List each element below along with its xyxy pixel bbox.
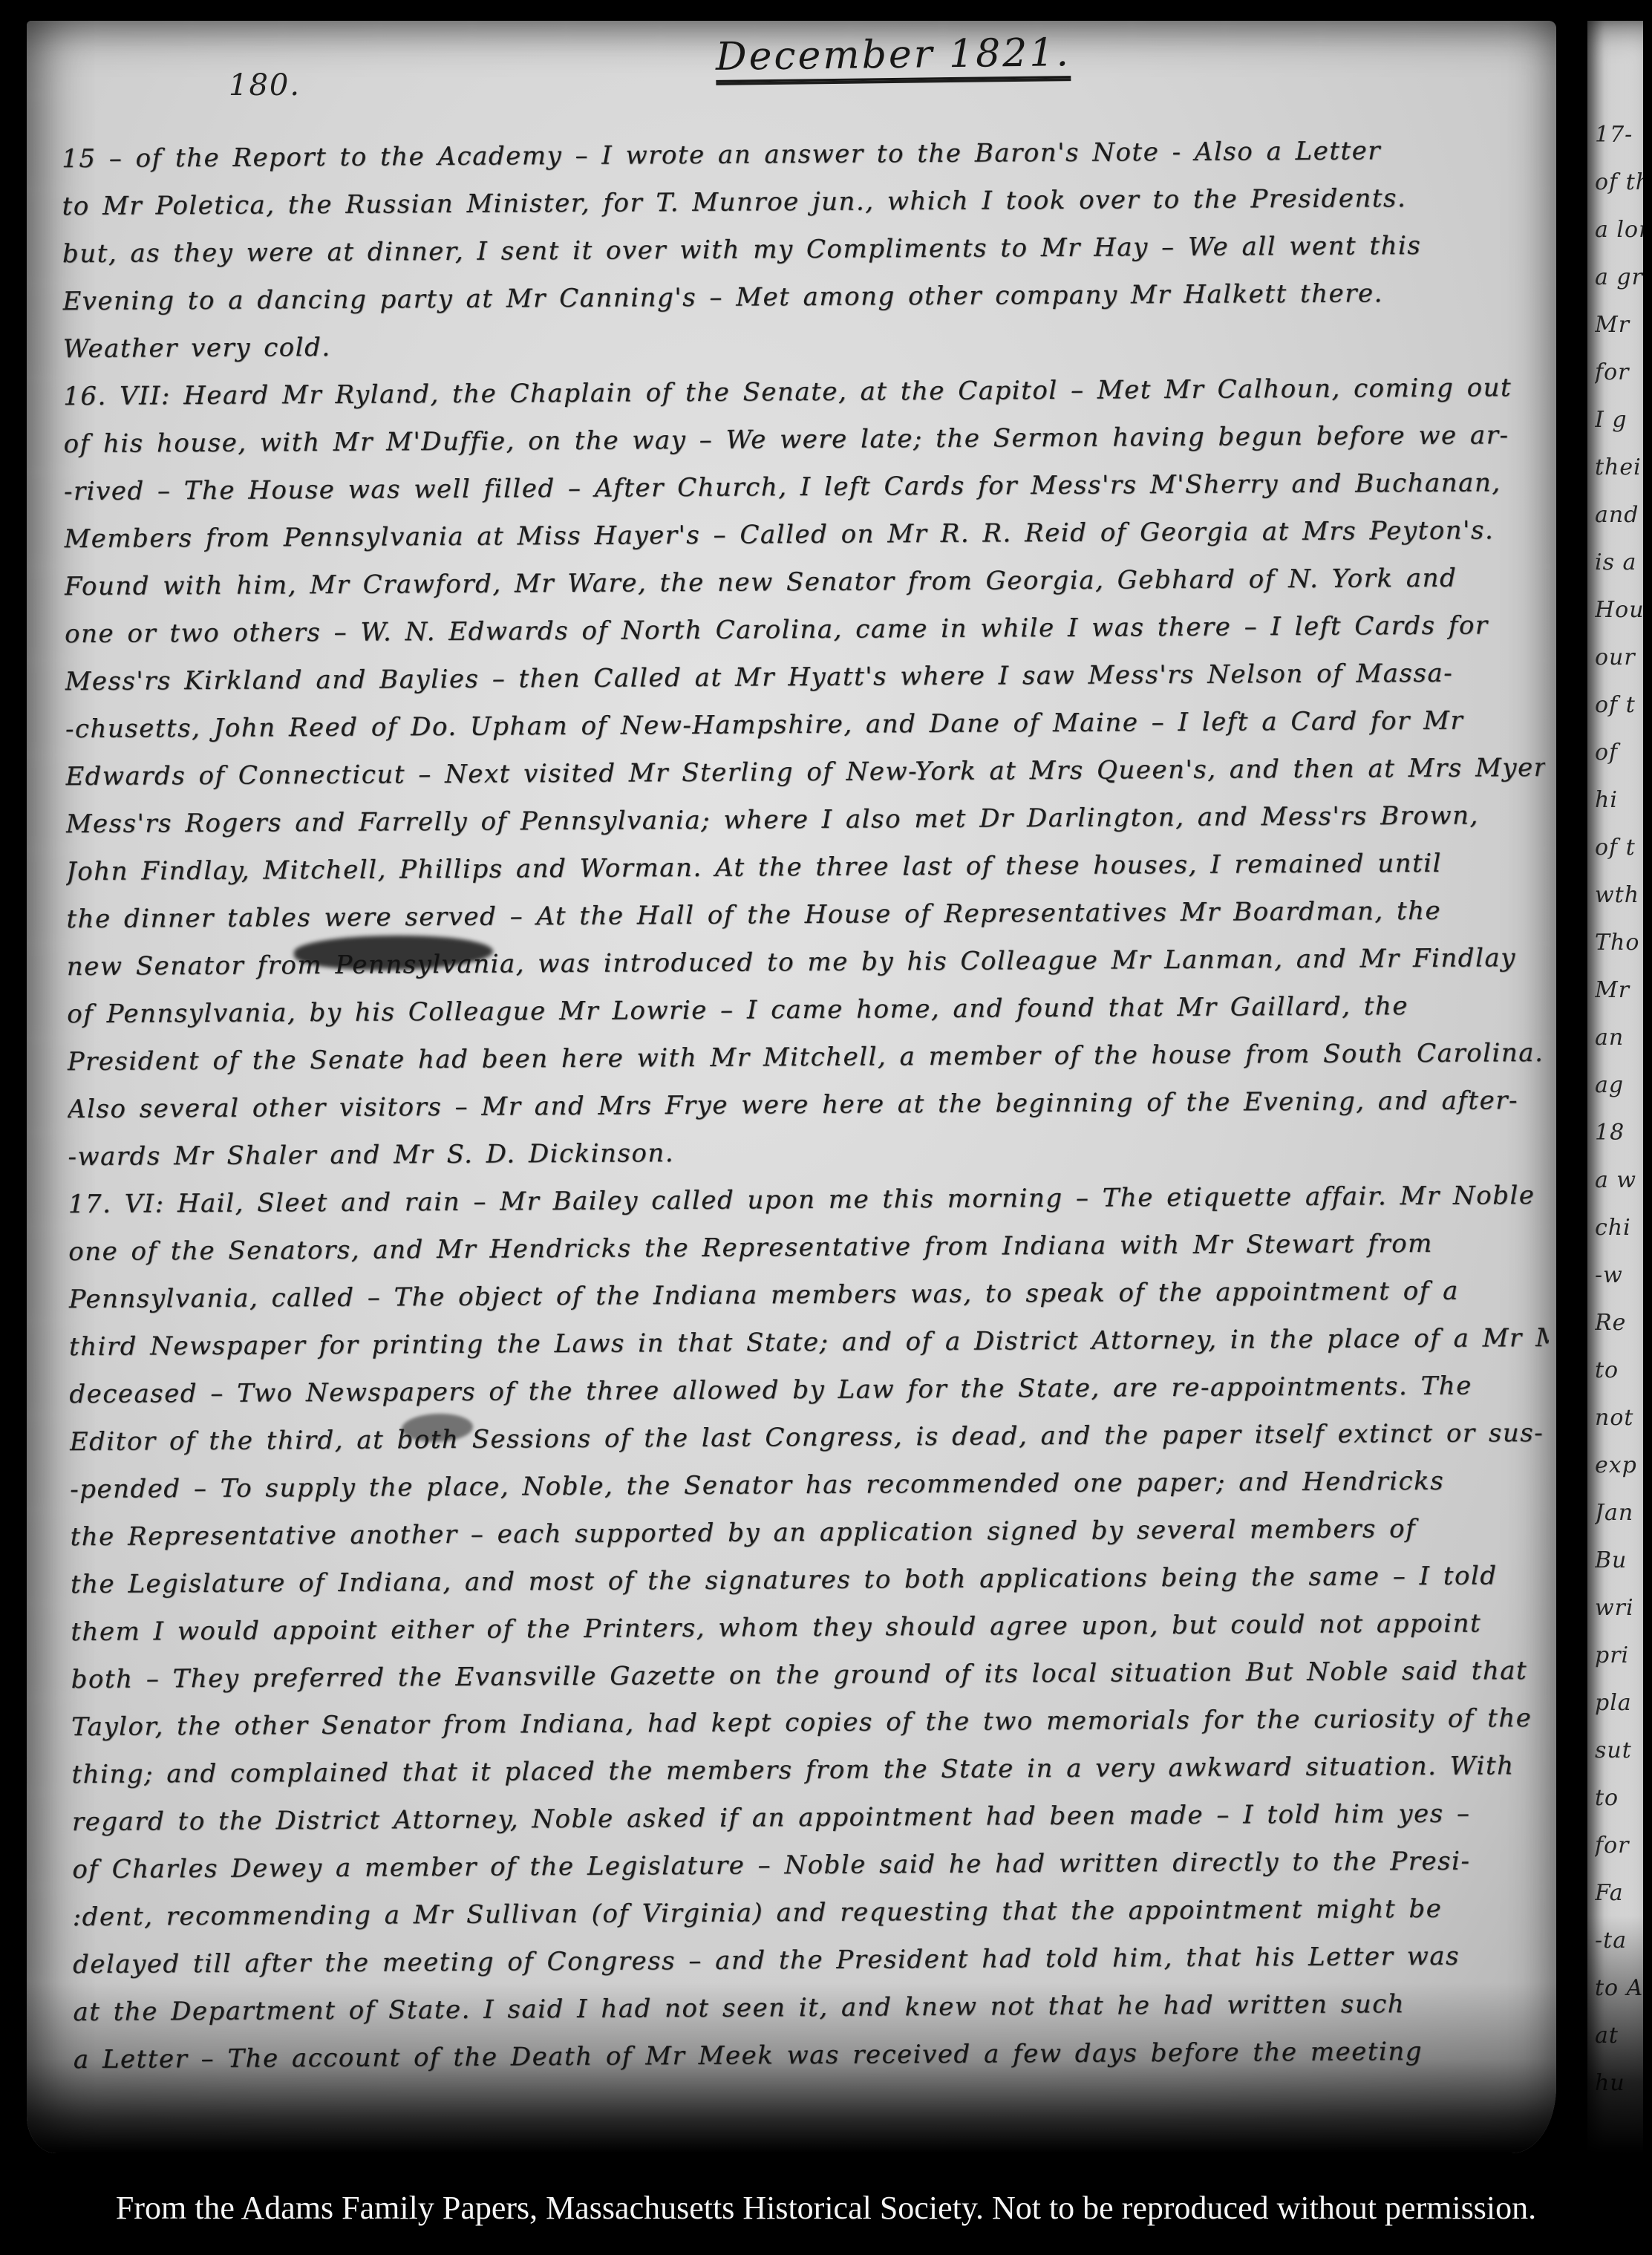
next-page-line-fragment: a w	[1595, 1157, 1644, 1204]
next-page-line-fragment: to A	[1595, 1965, 1644, 2012]
next-page-line-fragment: at	[1595, 2012, 1644, 2060]
manuscript-line: Evening to a dancing party at Mr Canning…	[62, 269, 1542, 325]
manuscript-line: thing; and complained that it placed the…	[71, 1742, 1551, 1798]
manuscript-line: them I would appoint either of the Print…	[71, 1599, 1550, 1656]
manuscript-line: -pended – To supply the place, Noble, th…	[70, 1457, 1550, 1513]
next-page-line-fragment: pri	[1595, 1632, 1644, 1680]
next-page-line-fragment: 17-	[1595, 111, 1644, 159]
manuscript-line: Found with him, Mr Crawford, Mr Ware, th…	[65, 554, 1544, 610]
manuscript-line: regard to the District Attorney, Noble a…	[72, 1789, 1552, 1846]
manuscript-line: but, as they were at dinner, I sent it o…	[62, 221, 1542, 278]
manuscript-line: -wards Mr Shaler and Mr S. D. Dickinson.	[68, 1124, 1547, 1181]
manuscript-line: Editor of the third, at both Sessions of…	[70, 1409, 1550, 1466]
next-page-line-fragment: 18	[1595, 1109, 1644, 1157]
next-page-line-fragment: hi	[1595, 777, 1644, 824]
manuscript-line: Mess'rs Kirkland and Baylies – then Call…	[65, 649, 1544, 705]
page-gutter	[1556, 0, 1587, 2255]
next-page-line-fragment: a gr	[1595, 254, 1644, 301]
credit-caption: From the Adams Family Papers, Massachuse…	[0, 2189, 1652, 2227]
manuscript-line: of Pennsylvania, by his Colleague Mr Low…	[67, 982, 1547, 1038]
manuscript-line: :dent, recommending a Mr Sullivan (of Vi…	[72, 1884, 1552, 1941]
next-page-line-fragment: of th	[1595, 159, 1644, 206]
next-page-line-fragment: a lon	[1595, 206, 1644, 254]
manuscript-line: delayed till after the meeting of Congre…	[73, 1932, 1553, 1988]
entry-dec-15: 15 – of the Report to the Academy – I wr…	[62, 126, 1543, 373]
manuscript-line: both – They preferred the Evansville Gaz…	[71, 1647, 1551, 1703]
next-page-line-fragment: to	[1595, 1347, 1644, 1394]
next-page-line-fragment: Bu	[1595, 1537, 1644, 1585]
next-page-line-fragment: Mr	[1595, 967, 1644, 1014]
manuscript-line: -chusetts, John Reed of Do. Upham of New…	[65, 696, 1545, 753]
manuscript-line: 15 – of the Report to the Academy – I wr…	[62, 126, 1541, 183]
manuscript-line: deceased – Two Newspapers of the three a…	[69, 1362, 1549, 1418]
manuscript-line: Weather very cold.	[63, 316, 1543, 373]
manuscript-line: Taylor, the other Senator from Indiana, …	[71, 1694, 1551, 1751]
manuscript-line: the Representative another – each suppor…	[70, 1504, 1550, 1561]
manuscript-line: one of the Senators, and Mr Hendricks th…	[68, 1219, 1548, 1276]
manuscript-line: of his house, with Mr M'Duffie, on the w…	[63, 411, 1543, 468]
next-page-line-fragment: an	[1595, 1014, 1644, 1062]
manuscript-line: Mess'rs Rogers and Farrelly of Pennsylva…	[65, 792, 1545, 848]
manuscript-line: third Newspaper for printing the Laws in…	[69, 1314, 1549, 1371]
entry-dec-16: 16. VII: Heard Mr Ryland, the Chaplain o…	[63, 364, 1548, 1181]
next-page-line-fragment: is a	[1595, 539, 1644, 587]
next-page-sliver: 17-of tha lona grMrforI gtheiandis aHouo…	[1587, 21, 1644, 2153]
next-page-line-fragment: our	[1595, 634, 1644, 682]
next-page-line-fragment: Hou	[1595, 587, 1644, 634]
next-page-line-fragment: -ta	[1595, 1917, 1644, 1965]
entry-dec-17: 17. VI: Hail, Sleet and rain – Mr Bailey…	[68, 1172, 1553, 2083]
manuscript-line: the dinner tables were served – At the H…	[66, 887, 1546, 943]
next-page-line-fragment: I g	[1595, 396, 1644, 444]
next-page-line-fragment: Mr	[1595, 301, 1644, 349]
manuscript-line: President of the Senate had been here wi…	[67, 1029, 1547, 1086]
manuscript-line: 17. VI: Hail, Sleet and rain – Mr Bailey…	[68, 1172, 1548, 1228]
next-page-line-fragment: wri	[1595, 1585, 1644, 1632]
manuscript-line: of Charles Dewey a member of the Legisla…	[72, 1837, 1552, 1893]
next-page-line-fragment: exp	[1595, 1442, 1644, 1489]
next-page-line-fragment: -w	[1595, 1252, 1644, 1299]
next-page-line-fragment: for	[1595, 1822, 1644, 1870]
manuscript-line: Also several other visitors – Mr and Mrs…	[68, 1077, 1547, 1133]
next-page-line-fragment: to	[1595, 1775, 1644, 1822]
next-page-fragments: 17-of tha lona grMrforI gtheiandis aHouo…	[1587, 21, 1644, 2107]
manuscript-line: new Senator from Pennsylvania, was intro…	[67, 934, 1547, 991]
page-number: 180.	[229, 68, 301, 102]
next-page-line-fragment: sut	[1595, 1727, 1644, 1775]
manuscript-line: to Mr Poletica, the Russian Minister, fo…	[62, 174, 1541, 230]
manuscript-line: Pennsylvania, called – The object of the…	[68, 1267, 1548, 1323]
diary-page: 180. December 1821. 15 – of the Report t…	[27, 21, 1556, 2153]
next-page-line-fragment: of t	[1595, 824, 1644, 872]
page-title: December 1821.	[716, 30, 1071, 85]
manuscript-line: John Findlay, Mitchell, Phillips and Wor…	[66, 839, 1546, 895]
next-page-line-fragment: Re	[1595, 1299, 1644, 1347]
next-page-line-fragment: ag	[1595, 1062, 1644, 1109]
next-page-line-fragment: Fa	[1595, 1870, 1644, 1917]
manuscript-line: a Letter – The account of the Death of M…	[74, 2027, 1553, 2083]
manuscript-line: Members from Pennsylvania at Miss Hayer'…	[64, 506, 1544, 563]
next-page-line-fragment: Jan	[1595, 1489, 1644, 1537]
next-page-line-fragment: of t	[1595, 682, 1644, 729]
diary-body: 15 – of the Report to the Academy – I wr…	[62, 126, 1553, 2083]
next-page-line-fragment: wth	[1595, 872, 1644, 919]
next-page-line-fragment: for	[1595, 349, 1644, 396]
manuscript-line: Edwards of Connecticut – Next visited Mr…	[65, 744, 1545, 800]
next-page-line-fragment: thei	[1595, 444, 1644, 492]
next-page-line-fragment: Tho	[1595, 919, 1644, 967]
next-page-line-fragment: pla	[1595, 1680, 1644, 1727]
manuscript-line: 16. VII: Heard Mr Ryland, the Chaplain o…	[63, 364, 1543, 420]
manuscript-line: -rived – The House was well filled – Aft…	[64, 459, 1544, 515]
manuscript-line: at the Department of State. I said I had…	[73, 1980, 1553, 2036]
manuscript-line: the Legislature of Indiana, and most of …	[71, 1552, 1550, 1608]
next-page-line-fragment: of	[1595, 729, 1644, 777]
manuscript-scan: 180. December 1821. 15 – of the Report t…	[0, 0, 1652, 2255]
manuscript-line: one or two others – W. N. Edwards of Nor…	[65, 601, 1544, 658]
next-page-line-fragment: hu	[1595, 2060, 1644, 2107]
next-page-line-fragment: chi	[1595, 1204, 1644, 1252]
scan-right-edge	[1643, 0, 1652, 2255]
next-page-line-fragment: and	[1595, 492, 1644, 539]
next-page-line-fragment: not	[1595, 1394, 1644, 1442]
